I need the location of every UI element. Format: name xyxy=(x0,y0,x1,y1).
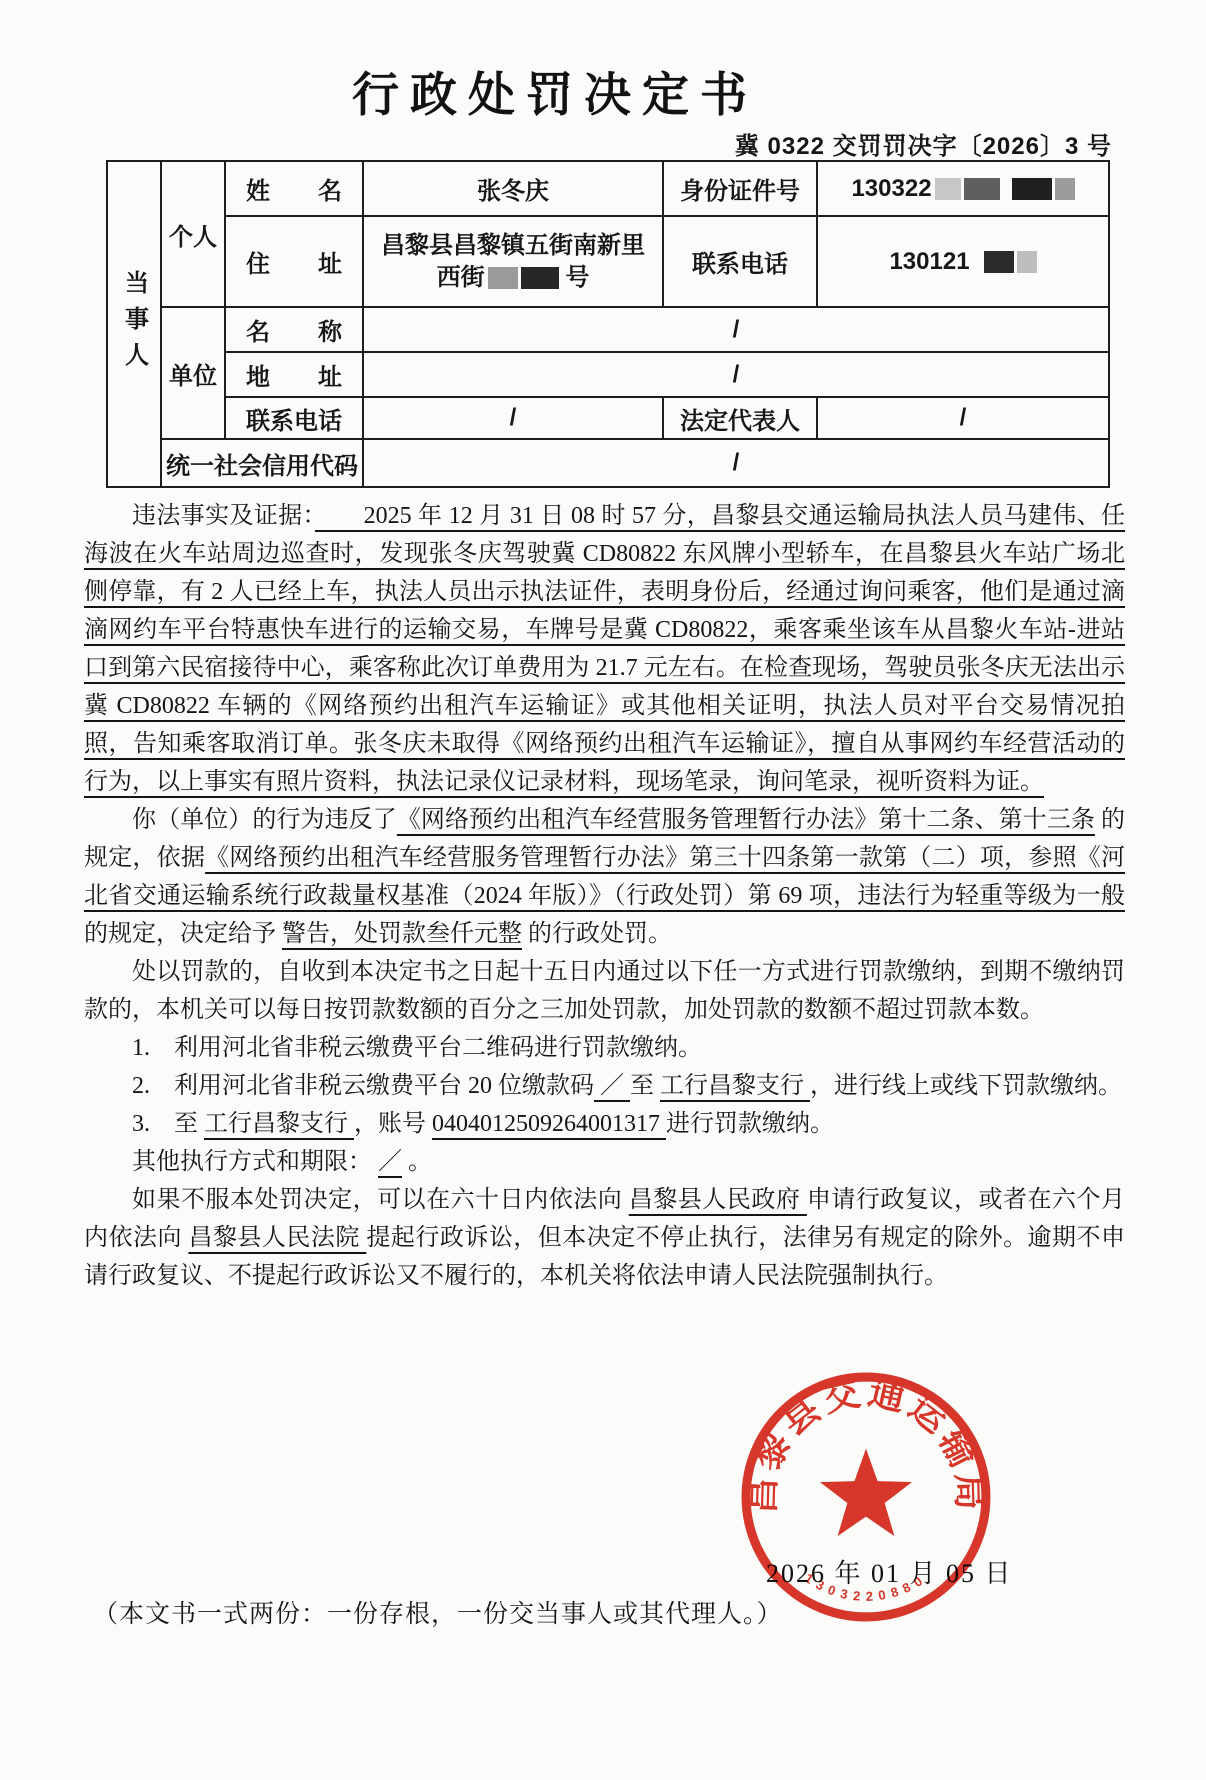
address-line2-prefix: 西街 xyxy=(437,264,485,291)
redaction-block xyxy=(521,267,559,289)
address-label: 住 址 xyxy=(225,216,363,307)
svg-text:1303220880: 1303220880 xyxy=(802,1570,930,1604)
body-paragraph: 违法事实及证据： 2025 年 12 月 31 日 08 时 57 分，昌黎县交… xyxy=(84,497,1125,801)
unit-address-value: / xyxy=(363,352,1109,397)
footer-note: （本文书一式两份：一份存根，一份交当事人或其代理人。） xyxy=(93,1594,783,1630)
address-line2-suffix: 号 xyxy=(565,264,589,291)
unit-name-label: 名 称 xyxy=(225,307,363,352)
legal-rep-value: / xyxy=(817,397,1109,439)
unit-section-label: 单位 xyxy=(161,307,225,439)
form-text: 处以罚款的，自收到本决定书之日起十五日内通过以下任一方式进行罚款缴纳，到期不缴纳… xyxy=(84,959,1125,1023)
body-paragraph: 2. 利用河北省非税云缴费平台 20 位缴款码 ／ 至 工行昌黎支行 ，进行线上… xyxy=(84,1067,1125,1105)
form-text: 进行罚款缴纳。 xyxy=(666,1111,834,1137)
credit-code-label: 统一社会信用代码 xyxy=(161,439,363,487)
filled-in-text: 工行昌黎支行 xyxy=(660,1073,810,1099)
body-paragraph: 3. 至 工行昌黎支行 ，账号 0404012509264001317 进行罚款… xyxy=(84,1105,1125,1143)
redaction-block xyxy=(984,251,1014,273)
name-label: 姓 名 xyxy=(225,161,363,216)
official-seal: 昌黎县交通运输局 1303220880 xyxy=(736,1367,996,1627)
body-paragraph: 处以罚款的，自收到本决定书之日起十五日内通过以下任一方式进行罚款缴纳，到期不缴纳… xyxy=(84,953,1125,1029)
id-value: 130322 xyxy=(851,175,931,202)
form-text: ，进行线上或线下罚款缴纳。 xyxy=(810,1073,1122,1099)
unit-address-label: 地 址 xyxy=(225,352,363,397)
address-line1: 昌黎县昌黎镇五街南新里 xyxy=(368,230,658,262)
filled-in-text: 警告，处罚款叁仟元整 xyxy=(282,921,522,947)
form-text: 的规定，决定给予 xyxy=(84,921,282,947)
unit-name-value: / xyxy=(363,307,1109,352)
phone-label: 联系电话 xyxy=(663,216,817,307)
form-text: 至 xyxy=(630,1073,660,1099)
body-paragraph: 如果不服本处罚决定，可以在六十日内依法向 昌黎县人民政府 申请行政复议，或者在六… xyxy=(84,1181,1125,1295)
id-label: 身份证件号 xyxy=(663,161,817,216)
form-text: 违法事实及证据： xyxy=(132,503,315,529)
redaction-block xyxy=(1017,251,1037,273)
form-text: 其他执行方式和期限： xyxy=(132,1149,378,1175)
name-value: 张冬庆 xyxy=(363,161,663,216)
document-title: 行政处罚决定书 xyxy=(0,58,1206,125)
body-paragraph: 你（单位）的行为违反了《网络预约出租汽车经营服务管理暂行办法》第十二条、第十三条… xyxy=(84,801,1125,953)
form-text: ，账号 xyxy=(354,1111,432,1137)
unit-phone-label: 联系电话 xyxy=(225,397,363,439)
form-text: 1. 利用河北省非税云缴费平台二维码进行罚款缴纳。 xyxy=(132,1035,702,1061)
seal-code-text: 1303220880 xyxy=(802,1570,930,1604)
redaction-block xyxy=(488,267,518,289)
body-text: 违法事实及证据： 2025 年 12 月 31 日 08 时 57 分，昌黎县交… xyxy=(84,497,1125,1295)
form-text: 。 xyxy=(402,1149,432,1175)
filled-in-text: 《网络预约出租汽车经营服务管理暂行办法》第三十四条第一款第（二）项，参照《河北省… xyxy=(84,845,1125,909)
party-label-cell: 当事人 xyxy=(107,161,161,487)
scanned-document-page: 行政处罚决定书 冀 0322 交罚罚决字〔2026〕3 号 当事人 个人 姓 名… xyxy=(0,0,1206,1780)
legal-rep-label: 法定代表人 xyxy=(663,397,817,439)
credit-code-value: / xyxy=(363,439,1109,487)
redaction-block xyxy=(964,178,1000,200)
filled-in-text: 2025 年 12 月 31 日 08 时 57 分，昌黎县交通运输局执法人员马… xyxy=(84,503,1125,795)
document-number: 冀 0322 交罚罚决字〔2026〕3 号 xyxy=(735,126,1112,161)
id-value-cell: 130322 xyxy=(817,161,1109,216)
form-text: 如果不服本处罚决定，可以在六十日内依法向 xyxy=(132,1187,629,1213)
party-label: 当事人 xyxy=(117,270,152,378)
filled-in-text: ／ xyxy=(378,1149,402,1175)
address-line2: 西街 号 xyxy=(368,262,658,294)
phone-value-cell: 130121 xyxy=(817,216,1109,307)
redaction-block xyxy=(1055,178,1075,200)
party-info-table: 当事人 个人 姓 名 张冬庆 身份证件号 130322 住 址 昌黎县昌黎镇五街… xyxy=(106,160,1110,488)
body-paragraph: 其他执行方式和期限： ／ 。 xyxy=(84,1143,1125,1181)
star-icon xyxy=(820,1449,912,1536)
form-text: 3. 至 xyxy=(132,1111,204,1137)
filled-in-text: 昌黎县人民法院 xyxy=(188,1225,366,1251)
form-text: 的行政处罚。 xyxy=(522,921,672,947)
filled-in-text: 0404012509264001317 xyxy=(432,1111,666,1137)
form-text: 2. 利用河北省非税云缴费平台 20 位缴款码 xyxy=(132,1073,594,1099)
person-section-label: 个人 xyxy=(161,161,225,307)
redaction-block xyxy=(935,178,961,200)
address-value-cell: 昌黎县昌黎镇五街南新里 西街 号 xyxy=(363,216,663,307)
body-paragraph: 1. 利用河北省非税云缴费平台二维码进行罚款缴纳。 xyxy=(84,1029,1125,1067)
unit-phone-value: / xyxy=(363,397,663,439)
filled-in-text: 工行昌黎支行 xyxy=(204,1111,354,1137)
filled-in-text: ／ xyxy=(594,1073,630,1099)
phone-value: 130121 xyxy=(889,248,969,275)
redaction-block xyxy=(1012,178,1052,200)
form-text: 你（单位）的行为违反了 xyxy=(132,807,397,833)
filled-in-text: 《网络预约出租汽车经营服务管理暂行办法》第十二条、第十三条 xyxy=(397,807,1095,833)
filled-in-text: 昌黎县人民政府 xyxy=(629,1187,807,1213)
